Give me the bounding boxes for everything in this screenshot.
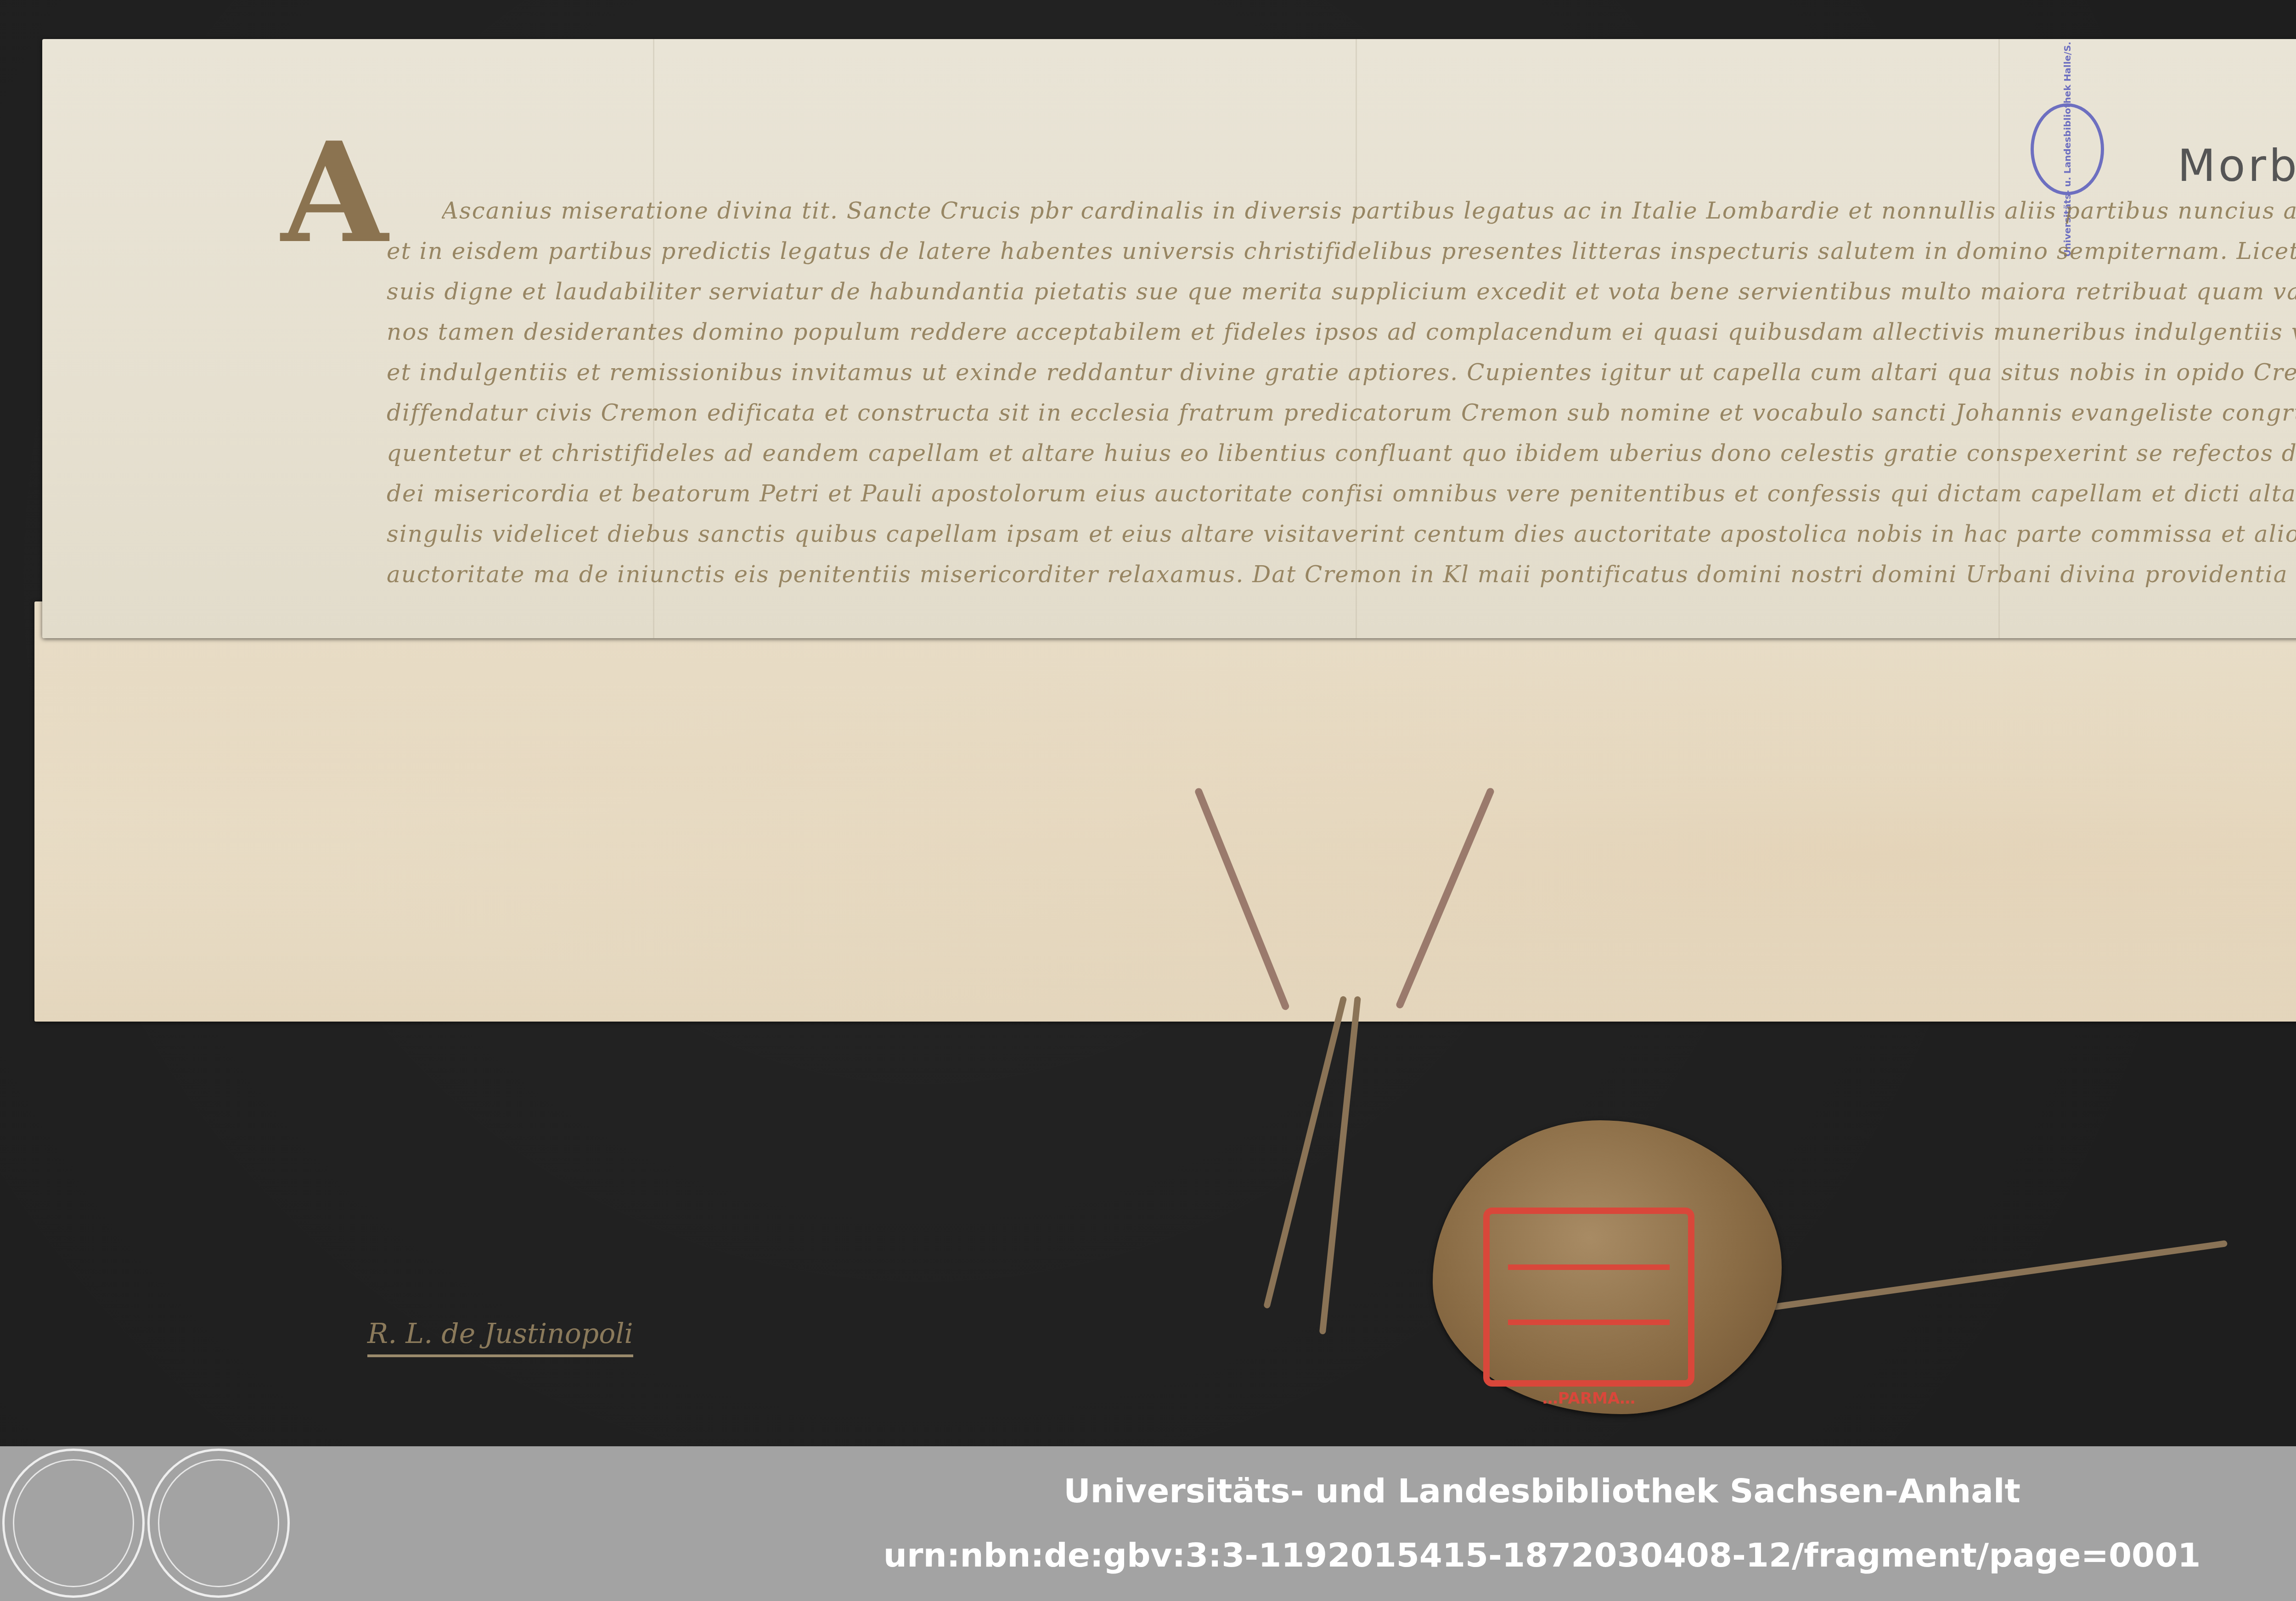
- university-seals: [2, 1449, 293, 1598]
- text-line: Ascanius miseratione divina tit. Sancte …: [442, 191, 2296, 231]
- text-line: diffendatur civis Cremon edificata et co…: [387, 393, 2296, 433]
- shelfmark: Morbio 29 (6): [2178, 140, 2296, 191]
- library-stamp: Universitäts- u. Landesbibliothek Halle/…: [2031, 103, 2104, 195]
- text-line: et indulgentiis et remissionibus invitam…: [387, 352, 2296, 393]
- university-seal-halle-icon: [2, 1449, 145, 1598]
- seal-legend: …PARMA…: [1490, 1389, 1688, 1408]
- text-line: suis digne et laudabiliter serviatur de …: [387, 271, 2296, 312]
- charter-text: Ascanius miseratione divina tit. Sancte …: [387, 191, 2296, 595]
- parchment-text-sheet: Universitäts- u. Landesbibliothek Halle/…: [42, 39, 2296, 638]
- text-line: nos tamen desiderantes domino populum re…: [387, 312, 2296, 352]
- persistent-urn[interactable]: urn:nbn:de:gbv:3:3-1192015415-1872030408…: [0, 1536, 2296, 1574]
- decorated-initial: A: [281, 117, 387, 269]
- wax-seal: …PARMA…: [1433, 1120, 1782, 1414]
- seal-imprint: …PARMA…: [1483, 1208, 1694, 1387]
- text-line: dei misericordia et beatorum Petri et Pa…: [387, 473, 2296, 514]
- chancery-notation: R. L. de Justinopoli: [367, 1318, 633, 1357]
- parchment-plica: R. L. de Justinopoli: [34, 601, 2296, 1022]
- text-line: et in eisdem partibus predictis legatus …: [387, 231, 2296, 271]
- text-line: quentetur et christifideles ad eandem ca…: [387, 433, 2296, 473]
- text-line: auctoritate ma de iniunctis eis penitent…: [387, 554, 2296, 595]
- footer-bar: Universitäts- und Landesbibliothek Sachs…: [0, 1446, 2296, 1601]
- university-seal-wittenberg-icon: [147, 1449, 290, 1598]
- text-line: singulis videlicet diebus sanctis quibus…: [387, 514, 2296, 554]
- institution-name: Universitäts- und Landesbibliothek Sachs…: [0, 1472, 2296, 1510]
